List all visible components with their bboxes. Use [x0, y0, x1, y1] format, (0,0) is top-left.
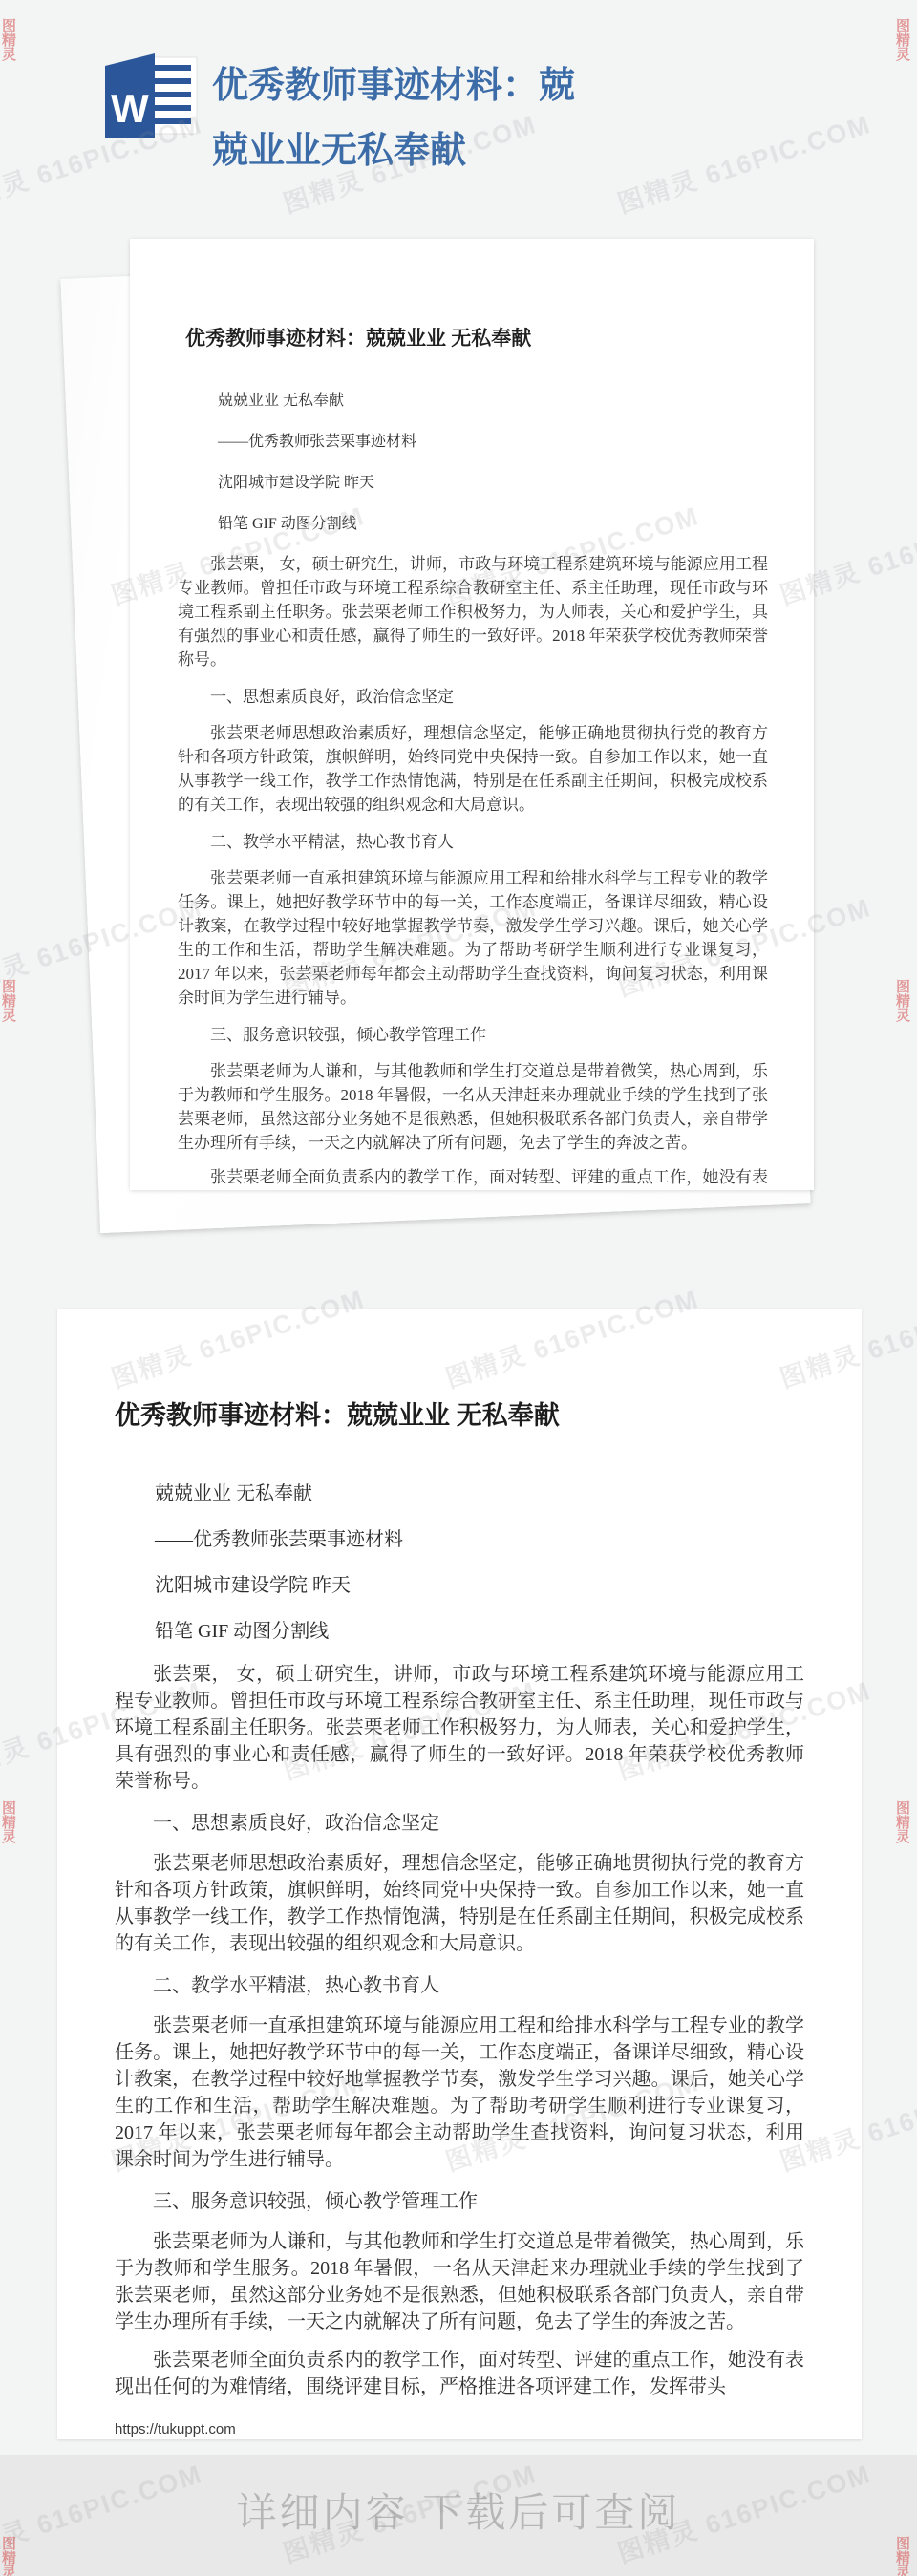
preview-page-large[interactable]: 优秀教师事迹材料：兢兢业业 无私奉献 兢兢业业 无私奉献 ——优秀教师张芸栗事迹… — [57, 1309, 862, 2439]
watermark-edge-stamp: 图精灵 — [2, 1801, 19, 1844]
doc-paragraph: 张芸栗老师思想政治素质好，理想信念坚定，能够正确地贯彻执行党的教育方针和各项方针… — [115, 1850, 804, 1957]
doc-title: 优秀教师事迹材料：兢兢业业 无私奉献 — [115, 1394, 804, 1432]
doc-paragraph: 张芸栗老师全面负责系内的教学工作，面对转型、评建的重点工作，她没有表现出任何的为… — [115, 2347, 804, 2400]
doc-divider: 铅笔 GIF 动图分割线 — [155, 1615, 804, 1643]
doc-paragraph: 张芸栗老师思想政治素质好，理想信念坚定，能够正确地贯彻执行党的教育方针和各项方针… — [178, 721, 768, 817]
doc-paragraph: 张芸栗老师一直承担建筑环境与能源应用工程和给排水科学与工程专业的教学任务。课上，… — [178, 866, 768, 1010]
doc-heading-3: 三、服务意识较强，倾心教学管理工作 — [115, 2188, 804, 2215]
watermark-edge-stamp: 图精灵 — [896, 980, 913, 1023]
doc-source: 沈阳城市建设学院 昨天 — [155, 1569, 804, 1597]
doc-heading-1: 一、思想素质良好，政治信念坚定 — [178, 685, 768, 709]
footer-notice: 详细内容 下载后可查阅 — [0, 2481, 917, 2539]
doc-title: 优秀教师事迹材料：兢兢业业 无私奉献 — [185, 323, 768, 351]
page-canvas: W 优秀教师事迹材料：兢 兢业业无私奉献 优秀教师事迹材料：兢兢业业 无私奉献 … — [0, 0, 917, 2576]
doc-subtitle: 兢兢业业 无私奉献 — [155, 1478, 804, 1505]
doc-url: https://tukuppt.com — [115, 2421, 804, 2438]
doc-source: 沈阳城市建设学院 昨天 — [218, 470, 768, 492]
doc-byline: ——优秀教师张芸栗事迹材料 — [218, 429, 768, 451]
doc-subtitle: 兢兢业业 无私奉献 — [218, 388, 768, 410]
doc-byline: ——优秀教师张芸栗事迹材料 — [155, 1523, 804, 1551]
doc-paragraph: 张芸栗老师为人谦和，与其他教师和学生打交道总是带着微笑，热心周到，乐于为教师和学… — [115, 2228, 804, 2335]
doc-heading-3: 三、服务意识较强，倾心教学管理工作 — [178, 1023, 768, 1047]
preview-page-small[interactable]: 优秀教师事迹材料：兢兢业业 无私奉献 兢兢业业 无私奉献 ——优秀教师张芸栗事迹… — [130, 239, 814, 1190]
doc-heading-2: 二、教学水平精湛，热心教书育人 — [115, 1972, 804, 1999]
doc-paragraph: 张芸栗， 女，硕士研究生，讲师，市政与环境工程系建筑环境与能源应用工程专业教师。… — [178, 552, 768, 671]
doc-paragraph: 张芸栗老师一直承担建筑环境与能源应用工程和给排水科学与工程专业的教学任务。课上，… — [115, 2012, 804, 2173]
doc-paragraph: 张芸栗老师全面负责系内的教学工作，面对转型、评建的重点工作，她没有表现出任何的为… — [178, 1165, 768, 1190]
header: W 优秀教师事迹材料：兢 兢业业无私奉献 — [0, 0, 917, 220]
watermark-edge-stamp: 图精灵 — [896, 1801, 913, 1844]
page-title-line2: 兢业业无私奉献 — [212, 118, 613, 183]
doc-divider: 铅笔 GIF 动图分割线 — [218, 511, 768, 533]
doc-heading-2: 二、教学水平精湛，热心教书育人 — [178, 830, 768, 854]
page-title[interactable]: 优秀教师事迹材料：兢 兢业业无私奉献 — [212, 53, 613, 183]
doc-paragraph: 张芸栗老师为人谦和，与其他教师和学生打交道总是带着微笑，热心周到，乐于为教师和学… — [178, 1059, 768, 1155]
word-icon-letter: W — [111, 86, 149, 131]
doc-paragraph: 张芸栗， 女，硕士研究生，讲师，市政与环境工程系建筑环境与能源应用工程专业教师。… — [115, 1661, 804, 1795]
doc-heading-1: 一、思想素质良好，政治信念坚定 — [115, 1810, 804, 1837]
word-icon: W — [97, 53, 201, 138]
watermark-edge-stamp: 图精灵 — [2, 980, 19, 1023]
page-title-line1: 优秀教师事迹材料：兢 — [212, 53, 613, 118]
